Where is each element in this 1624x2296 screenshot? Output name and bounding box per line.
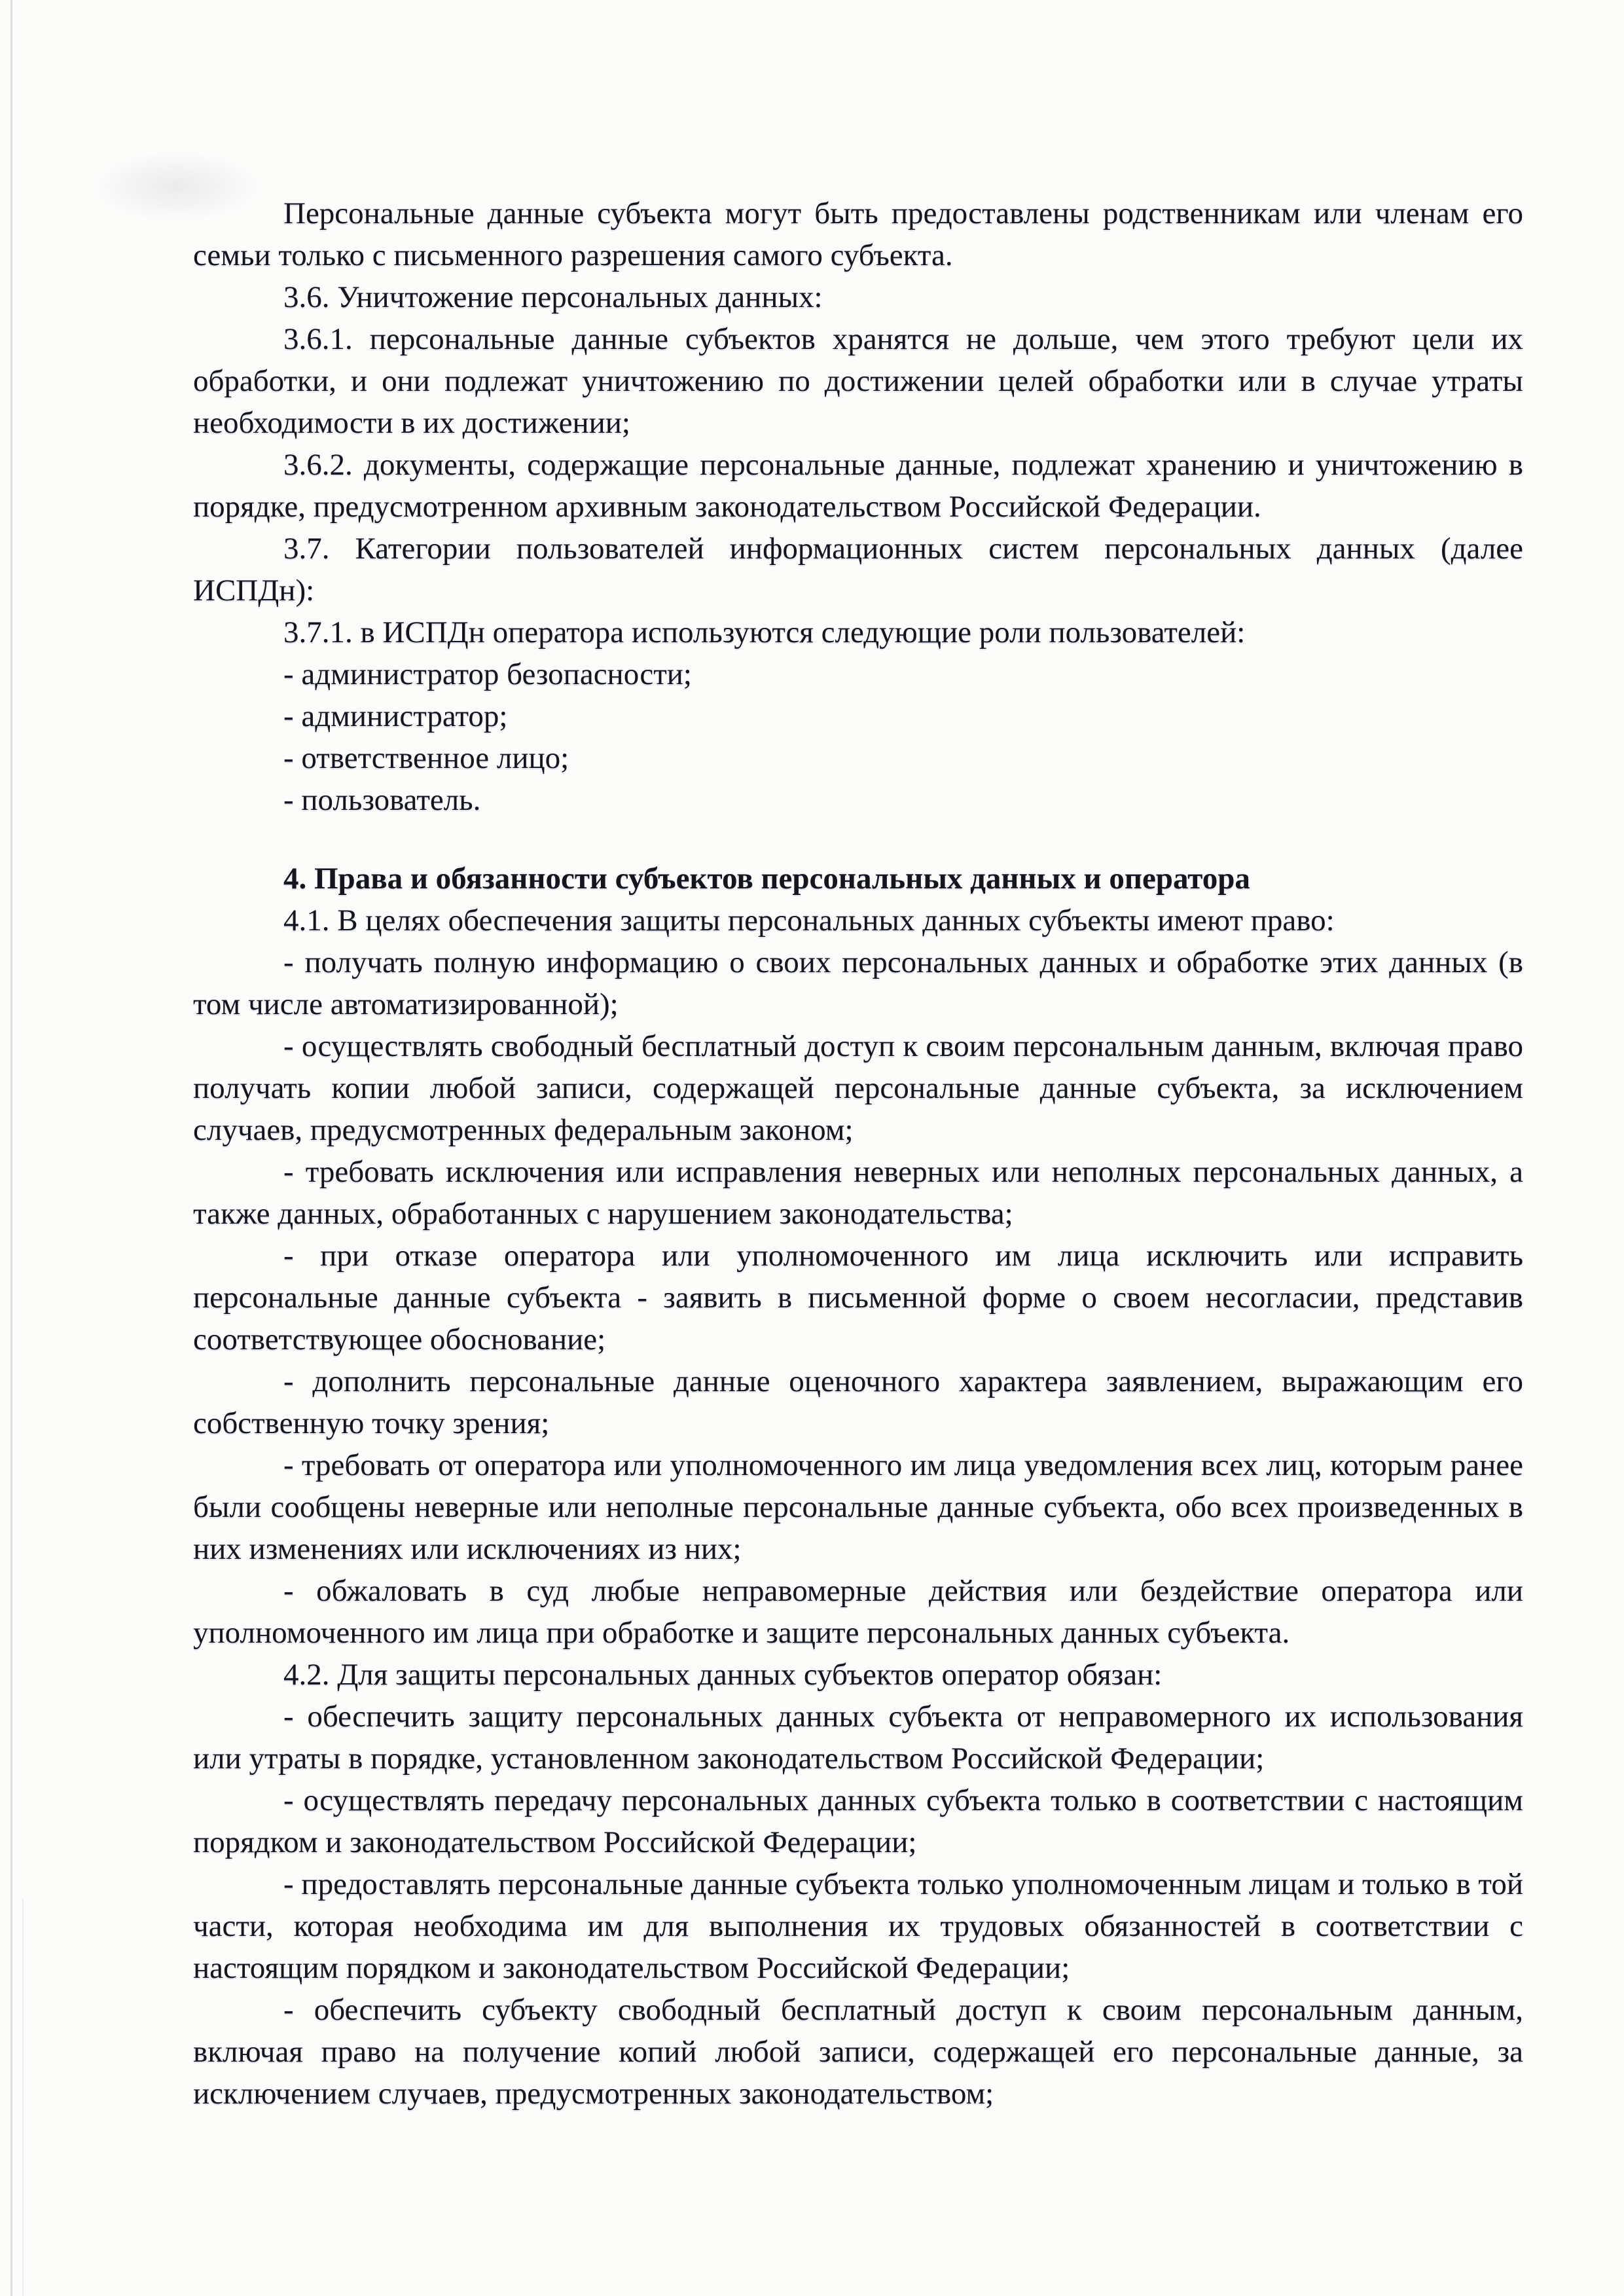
paragraph: 3.7. Категории пользователей информацион… xyxy=(193,528,1523,611)
scan-edge-artifact-secondary xyxy=(22,1899,24,2296)
scan-edge-artifact xyxy=(10,0,12,2296)
paragraph: - осуществлять передачу персональных дан… xyxy=(193,1779,1523,1863)
paragraph: - получать полную информацию о своих пер… xyxy=(193,941,1523,1025)
section-heading: 4. Права и обязанности субъектов персона… xyxy=(193,858,1523,900)
paragraph: 3.6. Уничтожение персональных данных: xyxy=(193,276,1523,318)
paragraph: - требовать от оператора или уполномочен… xyxy=(193,1444,1523,1570)
document-body: Персональные данные субъекта могут быть … xyxy=(193,192,1523,2115)
paragraph: - дополнить персональные данные оценочно… xyxy=(193,1360,1523,1444)
paragraph: 4.2. Для защиты персональных данных субъ… xyxy=(193,1654,1523,1696)
scanned-document-page: { "document": { "paragraphs": [ { "style… xyxy=(0,0,1624,2296)
paragraph: - пользователь. xyxy=(193,779,1523,821)
paragraph: - администратор; xyxy=(193,695,1523,737)
paragraph: - обеспечить субъекту свободный бесплатн… xyxy=(193,1989,1523,2115)
paragraph: - при отказе оператора или уполномоченно… xyxy=(193,1235,1523,1360)
paragraph: - ответственное лицо; xyxy=(193,737,1523,779)
paragraph: 3.6.2. документы, содержащие персональны… xyxy=(193,444,1523,528)
paragraph: - обжаловать в суд любые неправомерные д… xyxy=(193,1570,1523,1654)
paragraph: 3.6.1. персональные данные субъектов хра… xyxy=(193,318,1523,444)
paragraph: - требовать исключения или исправления н… xyxy=(193,1151,1523,1235)
paragraph: Персональные данные субъекта могут быть … xyxy=(193,192,1523,276)
paragraph: 4.1. В целях обеспечения защиты персонал… xyxy=(193,900,1523,941)
paragraph: - обеспечить защиту персональных данных … xyxy=(193,1696,1523,1779)
paragraph: - администратор безопасности; xyxy=(193,653,1523,695)
paragraph: - предоставлять персональные данные субъ… xyxy=(193,1863,1523,1989)
paragraph: - осуществлять свободный бесплатный дост… xyxy=(193,1025,1523,1151)
paragraph: 3.7.1. в ИСПДн оператора используются сл… xyxy=(193,611,1523,653)
